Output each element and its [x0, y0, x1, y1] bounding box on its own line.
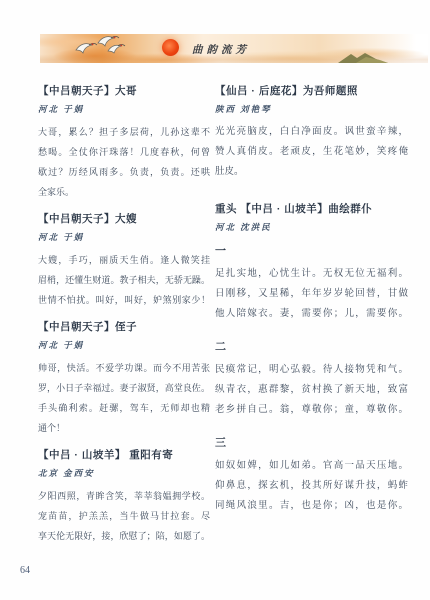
author-line: 河北 于娟 — [38, 232, 210, 242]
verse-line: 老乡拼自己。翁，尊敬你；童，尊敬你。 — [215, 400, 408, 420]
header-banner: 曲韵流芳 — [40, 34, 428, 63]
author-line: 河北 于娟 — [38, 104, 210, 114]
author-line: 河北 于娟 — [38, 340, 210, 350]
banner-title: 曲韵流芳 — [192, 42, 250, 57]
book-page: 曲韵流芳 【中吕朝天子】大哥 河北 于娟 大哥，累么？担子多层荷，儿孙这辈不 愁… — [0, 0, 430, 600]
verse-line: 纵青衣，惠群黎，贫村换了新天地，致富 — [215, 380, 408, 400]
poem-block: 【仙吕 · 后庭花】为吾师题照 陕西 刘艳琴 光光亮脑皮，白白净面皮。讽世蛮辛辣… — [215, 84, 408, 182]
right-column: 【仙吕 · 后庭花】为吾师题照 陕西 刘艳琴 光光亮脑皮，白白净面皮。讽世蛮辛辣… — [215, 84, 408, 526]
verse-line: 帅哥，快活。不爱学功课。而今不用苦张 — [38, 358, 210, 378]
left-column: 【中吕朝天子】大哥 河北 于娟 大哥，累么？担子多层荷，儿孙这辈不 愁喝。全仗你… — [38, 84, 210, 556]
tune-title: 【中吕朝天子】大哥 — [38, 84, 210, 98]
verse-line: 宠苗苗，护羔羔，当牛做马甘拉套。尽 — [38, 506, 210, 526]
tune-title: 【仙吕 · 后庭花】为吾师题照 — [215, 84, 408, 98]
poem-section: 三 如奴如婢，如儿如弟。官高一品天压地。 仰鼻息，探玄机，投其所好谋升技，蚂蚱 … — [215, 436, 408, 516]
tune-title: 重头 【中吕 · 山坡羊】曲绘群仆 — [215, 202, 408, 216]
poem-block: 【中吕朝天子】大哥 河北 于娟 大哥，累么？担子多层荷，儿孙这辈不 愁喝。全仗你… — [38, 84, 210, 202]
verse-line: 赞人真俏皮。老顽皮，生花笔妙，笑疼俺 — [215, 142, 408, 162]
verse-line: 夕阳西照，青眸含笑，莘莘翁媪拥学校。 — [38, 486, 210, 506]
verse-line: 世情不怕扰。叫好，叫好，妒煞别家少！ — [38, 290, 210, 310]
verse-line: 肚皮。 — [215, 162, 408, 182]
verse-line: 全家乐。 — [38, 182, 210, 202]
author-line: 陕西 刘艳琴 — [215, 104, 408, 114]
section-number: 二 — [215, 340, 408, 354]
poem-section: 一 足扎实地，心忧生计。无权无位无福利。 日刚移，又星稀，年年岁岁轮回替，甘做 … — [215, 244, 408, 324]
tune-title: 【中吕朝天子】大嫂 — [38, 212, 210, 226]
page-number: 64 — [20, 565, 30, 576]
verse-line: 日刚移，又星稀，年年岁岁轮回替，甘做 — [215, 284, 408, 304]
verse-line: 享天伦无限好，接，欣慰了；陪，如愿了。 — [38, 526, 210, 546]
verse-line: 眉梢，还懂生财道。教子相夫，无骄无躁。 — [38, 270, 210, 290]
verse-line: 足扎实地，心忧生计。无权无位无福利。 — [215, 264, 408, 284]
poem-block: 【中吕朝天子】侄子 河北 于娟 帅哥，快活。不爱学功课。而今不用苦张 罗，小日子… — [38, 320, 210, 438]
tune-title: 【中吕朝天子】侄子 — [38, 320, 210, 334]
verse-line: 如奴如婢，如儿如弟。官高一品天压地。 — [215, 456, 408, 476]
author-line: 河北 沈洪民 — [215, 222, 408, 232]
section-number: 一 — [215, 244, 408, 258]
verse-line: 大嫂，手巧，丽质天生俏。逢人微笑挂 — [38, 250, 210, 270]
verse-line: 民瘼常记，明心弘毅。待人接物凭和气。 — [215, 360, 408, 380]
section-number: 三 — [215, 436, 408, 450]
verse-line: 愁喝。全仗你汗珠落！几度春秋，何曾 — [38, 142, 210, 162]
verse-line: 罗，小日子幸福过。妻子淑贤，高堂良佐。 — [38, 378, 210, 398]
verse-line: 仰鼻息，探玄机，投其所好谋升技，蚂蚱 — [215, 476, 408, 496]
verse-line: 手头确利索。赶骡，驾车，无师却也精 — [38, 398, 210, 418]
poem-block: 【中吕朝天子】大嫂 河北 于娟 大嫂，手巧，丽质天生俏。逢人微笑挂 眉梢，还懂生… — [38, 212, 210, 310]
poem-block: 【中吕 · 山坡羊】 重阳有寄 北京 金西安 夕阳西照，青眸含笑，莘莘翁媪拥学校… — [38, 448, 210, 546]
verse-line: 歇过？历经风雨多。负责，负责。还哄 — [38, 162, 210, 182]
mountain-icon — [338, 51, 390, 63]
verse-line: 他人陪嫁衣。妻，需要你；儿，需要你。 — [215, 304, 408, 324]
tune-title: 【中吕 · 山坡羊】 重阳有寄 — [38, 448, 210, 462]
author-line: 北京 金西安 — [38, 468, 210, 478]
cranes-icon — [74, 34, 136, 64]
poem-block: 重头 【中吕 · 山坡羊】曲绘群仆 河北 沈洪民 一 足扎实地，心忧生计。无权无… — [215, 202, 408, 516]
verse-line: 同绳风浪里。吉，也是你；凶，也是你。 — [215, 496, 408, 516]
verse-line: 通个！ — [38, 418, 210, 438]
sun-icon — [162, 39, 179, 56]
poem-section: 二 民瘼常记，明心弘毅。待人接物凭和气。 纵青衣，惠群黎，贫村换了新天地，致富 … — [215, 340, 408, 420]
verse-line: 光光亮脑皮，白白净面皮。讽世蛮辛辣， — [215, 122, 408, 142]
verse-line: 大哥，累么？担子多层荷，儿孙这辈不 — [38, 122, 210, 142]
